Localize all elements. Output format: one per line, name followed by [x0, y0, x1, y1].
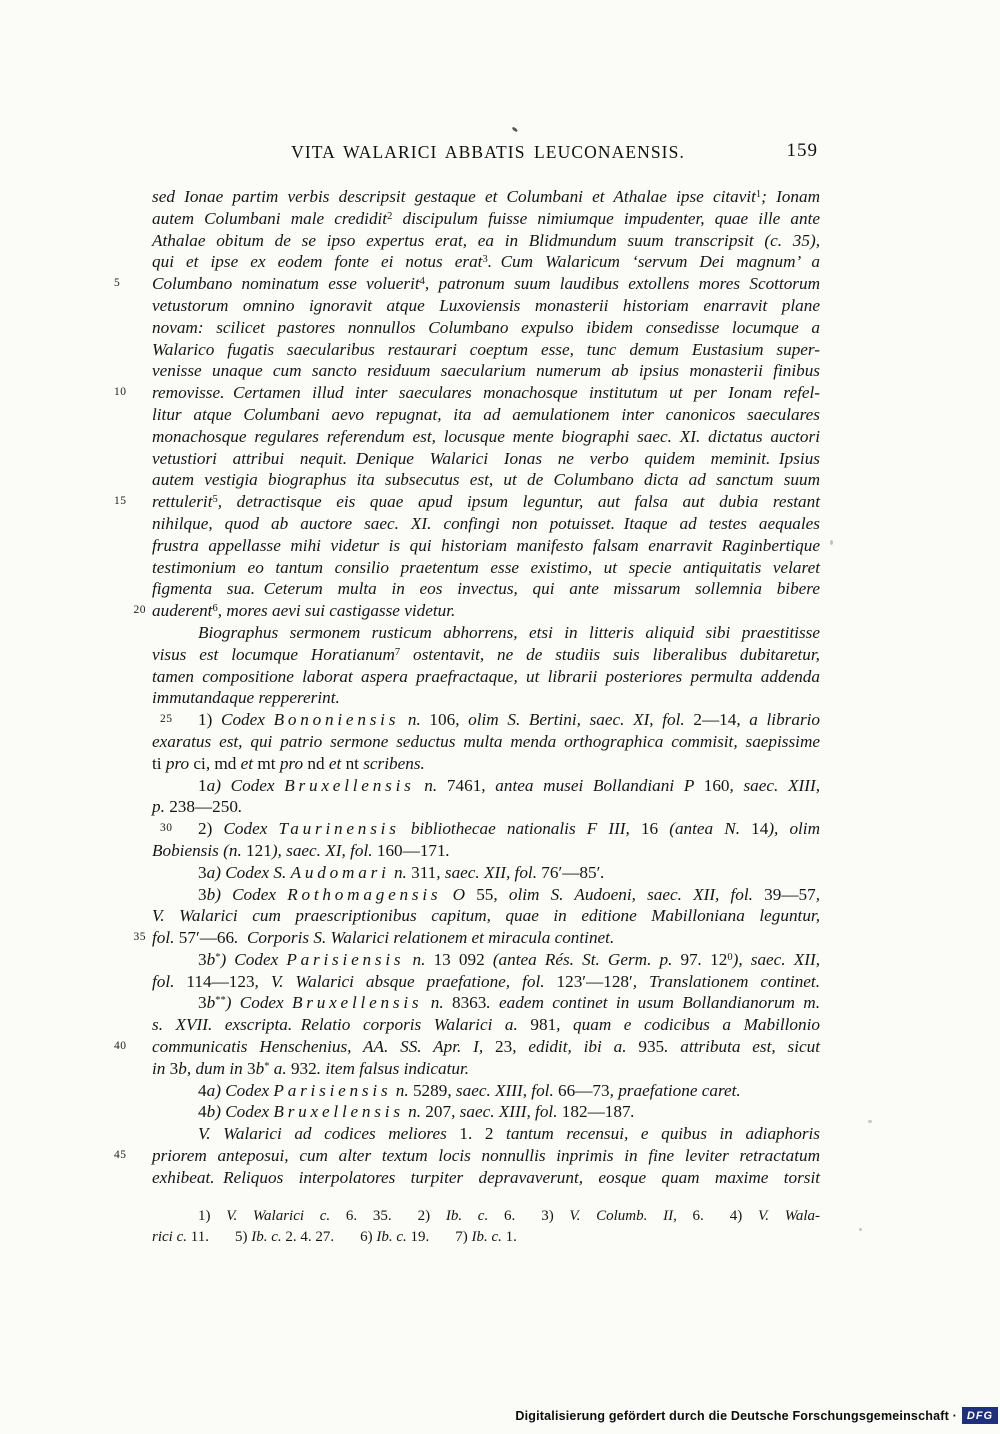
text-segment: vetustiori attribui nequit. Denique Wala… [152, 449, 820, 468]
text-line: ti pro ci, md et mt pro nd et nt scriben… [152, 753, 820, 775]
text-segment: 16 [641, 819, 658, 838]
text-segment: autem vestigia biographus ita subsecutus… [152, 470, 820, 489]
text-segment: 207 [425, 1102, 451, 1121]
text-line: 35fol. 57′—66. Corporis S. Walarici rela… [152, 927, 820, 949]
text-segment: removisse. Certamen illud inter saecular… [152, 383, 820, 402]
text-segment: litur atque Columbani aevo repugnat, ita… [152, 405, 820, 424]
text-line: Bobiensis (n. 121), saec. XI, fol. 160—1… [152, 840, 820, 862]
text-segment: . eadem continet in usum Bollandianorum … [486, 993, 820, 1012]
text-segment: b [207, 950, 216, 969]
text-segment: exhibeat. Reliquos interpolatores turpit… [152, 1168, 820, 1187]
text-segment: 23 [495, 1037, 512, 1056]
text-segment: Parisiensis [286, 950, 404, 969]
text-line: in 3b, dum in 3b* a. 932. item falsus in… [152, 1058, 820, 1080]
line-number: 30 [114, 818, 146, 840]
text-line: frustra appellasse mihi videtur is qui h… [152, 535, 820, 557]
text-line: 1) V. Walarici c. 6. 35.2) Ib. c. 6.3) V… [152, 1206, 820, 1227]
text-segment: 3) [541, 1208, 569, 1224]
text-line: 1a) Codex Bruxellensis n. 7461, antea mu… [152, 775, 820, 797]
text-segment: n. [422, 993, 452, 1012]
text-segment: 97 [681, 950, 698, 969]
text-line: novam: scilicet pastores nonnullos Colum… [152, 317, 820, 339]
text-segment: n. [404, 950, 433, 969]
text-segment: Columbano nominatum esse voluerit [152, 274, 420, 293]
text-segment: 57′—66 [179, 928, 234, 947]
text-segment: et [241, 754, 258, 773]
page-header-title: VITA WALARICI ABBATIS LEUCONAENSIS. [291, 142, 685, 163]
text-segment: tantum recensui, e quibus in adiaphoris [493, 1124, 820, 1143]
text-segment: . [446, 841, 450, 860]
text-segment: Ib. c. [251, 1229, 285, 1245]
text-segment: 5 [212, 494, 217, 505]
text-segment: 6) [360, 1229, 376, 1245]
text-segment: b) Codex [207, 885, 288, 904]
text-segment: autem Columbani male credidit [152, 209, 387, 228]
text-segment: 311 [411, 863, 436, 882]
text-segment: , mores aevi sui castigasse videtur. [218, 601, 456, 620]
text-line: vetustiori attribui nequit. Denique Wala… [152, 448, 820, 470]
text-segment: 4 [420, 276, 425, 287]
text-segment: , saec. XIII, fol. [451, 1102, 562, 1121]
text-segment: 11. [191, 1229, 209, 1245]
text-segment: 6. [693, 1208, 704, 1224]
text-segment: monachosque regulares referendum est, lo… [152, 427, 820, 446]
text-segment: , Translationem continet. [633, 972, 820, 991]
text-segment: fol. [152, 972, 186, 991]
text-segment: rettulerit [152, 492, 212, 511]
text-segment: a) Codex S. [207, 863, 291, 882]
digitization-footer: Digitalisierung gefördert durch die Deut… [515, 1407, 998, 1424]
text-segment: . attributa est, sicut [664, 1037, 820, 1056]
text-segment: 1 [198, 776, 207, 795]
text-line: rici c. 11.5) Ib. c. 2. 4. 27.6) Ib. c. … [152, 1227, 820, 1248]
text-segment: 238—250 [169, 797, 238, 816]
text-segment: Bruxellensis [292, 993, 422, 1012]
text-segment: 5) [235, 1229, 251, 1245]
text-segment: Bruxellensis [284, 776, 414, 795]
text-segment: fol. [152, 928, 179, 947]
text-segment: 66—73 [558, 1081, 610, 1100]
scan-artifact [859, 1228, 862, 1231]
text-segment: Walarico fugatis saecularibus restaurari… [152, 340, 820, 359]
text-segment: Athalae obitum de se ipso expertus erat,… [152, 231, 820, 250]
text-line: vetustorum omnino ignoravit atque Luxovi… [152, 295, 820, 317]
text-segment: 3 [198, 993, 207, 1012]
text-segment: V. Columb. II, [569, 1208, 692, 1224]
text-segment: ** [215, 995, 226, 1006]
text-segment: V. Walarici cum praescriptionibus capitu… [152, 906, 820, 925]
text-segment: n. [391, 1081, 412, 1100]
text-segment: , V. Walarici absque praefatione, fol. [255, 972, 557, 991]
text-segment: , quam e codicibus a Mabillonio [556, 1015, 820, 1034]
text-segment: Biographus sermonem rusticum abhorrens, … [198, 623, 820, 642]
text-segment: V. Walarici ad codices meliores [198, 1124, 459, 1143]
text-segment: 1) [198, 710, 221, 729]
line-number: 25 [114, 709, 146, 731]
text-segment: . [698, 950, 710, 969]
text-segment: 39—57 [764, 885, 816, 904]
text-line: 10removisse. Certamen illud inter saecul… [152, 382, 820, 404]
text-segment: md [214, 754, 240, 773]
text-segment: vetustorum omnino ignoravit atque Luxovi… [152, 296, 820, 315]
text-segment: b, dum in [178, 1059, 247, 1078]
text-segment: 182—187 [562, 1102, 631, 1121]
line-number: 40 [114, 1036, 146, 1058]
text-segment: 1) [198, 1208, 226, 1224]
text-segment: , praefatione caret. [610, 1081, 741, 1100]
text-line: autem vestigia biographus ita subsecutus… [152, 469, 820, 491]
text-segment: n. [415, 776, 447, 795]
text-segment: 935 [638, 1037, 664, 1056]
text-line: Walarico fugatis saecularibus restaurari… [152, 339, 820, 361]
text-line: figmenta sua. Ceterum multa in eos invec… [152, 578, 820, 600]
text-segment: V. Walarici c. [226, 1208, 346, 1224]
text-segment: figmenta sua. Ceterum multa in eos invec… [152, 579, 820, 598]
body-text-block: sed Ionae partim verbis descripsit gesta… [152, 186, 820, 1189]
text-segment: 2—14 [693, 710, 736, 729]
text-line: immutandaque reppererint. [152, 687, 820, 709]
text-segment: a) Codex [207, 776, 285, 795]
text-segment: * [215, 952, 220, 963]
text-segment: immutandaque reppererint. [152, 688, 340, 707]
line-number: 5 [114, 273, 146, 295]
text-segment: ostentavit, ne de studiis suis liberalib… [400, 645, 820, 664]
text-line: visus est locumque Horatianum7 ostentavi… [152, 644, 820, 666]
text-segment: rici c. [152, 1229, 191, 1245]
text-segment: pro [166, 754, 194, 773]
text-segment: 4 [198, 1081, 207, 1100]
text-segment: ), saec. XII, [733, 950, 820, 969]
text-segment: 12 [710, 950, 727, 969]
scan-artifact [868, 1120, 872, 1123]
text-segment: in [152, 1059, 170, 1078]
text-segment: 3 [198, 863, 207, 882]
text-segment: . [238, 797, 242, 816]
text-line: qui et ipse ex eodem fonte ei notus erat… [152, 251, 820, 273]
text-segment: , olim S. Bertini, saec. XI, fol. [455, 710, 693, 729]
text-segment: , saec. XII, fol. [436, 863, 541, 882]
text-line: 40communicatis Henschenius, AA. SS. Apr.… [152, 1036, 820, 1058]
text-segment: 2) [418, 1208, 446, 1224]
text-segment: , antea musei Bollandiani P [481, 776, 703, 795]
dfg-logo: DFG [962, 1407, 998, 1424]
text-line: venisse unaque cum sancto residuum saecu… [152, 360, 820, 382]
text-segment: a. [269, 1059, 290, 1078]
scan-artifact [830, 540, 833, 545]
text-segment: exaratus est, qui patrio sermone seductu… [152, 732, 820, 751]
text-segment: Parisiensis [273, 1081, 391, 1100]
text-segment: 2 [387, 211, 392, 222]
text-segment: 13 092 [434, 950, 485, 969]
text-line: 5Columbano nominatum esse voluerit4, pat… [152, 273, 820, 295]
text-segment: , saec. XIII, fol. [447, 1081, 558, 1100]
page-number: 159 [758, 140, 818, 162]
text-line: 4a) Codex Parisiensis n. 5289, saec. XII… [152, 1080, 820, 1102]
text-segment: s. XVII. exscripta. Relatio corporis Wal… [152, 1015, 530, 1034]
text-segment: 2) [198, 819, 223, 838]
text-segment: 160—171 [377, 841, 446, 860]
text-segment: qui et ipse ex eodem fonte ei notus erat [152, 252, 482, 271]
text-segment: nihilque, quod ab auctore saec. XI. conf… [152, 514, 820, 533]
line-number: 20 [114, 600, 146, 622]
text-line: exaratus est, qui patrio sermone seductu… [152, 731, 820, 753]
text-segment: 1. 2 [459, 1124, 493, 1143]
text-segment: frustra appellasse mihi videtur is qui h… [152, 536, 820, 555]
text-segment: et [329, 754, 346, 773]
line-number: 45 [114, 1145, 146, 1167]
text-segment: Ib. c. [472, 1229, 506, 1245]
text-segment: 0 [727, 952, 732, 963]
text-segment: 3 [198, 885, 207, 904]
text-segment: 14 [751, 819, 768, 838]
text-segment: b [207, 993, 216, 1012]
text-segment: , edidit, ibi a. [512, 1037, 638, 1056]
text-segment: Codex [221, 710, 274, 729]
text-segment: , olim S. Audoeni, saec. XII, fol. [493, 885, 764, 904]
text-segment: mt [257, 754, 279, 773]
text-segment: ; Ionam [761, 187, 820, 206]
text-line: 45priorem anteposui, cum alter textum lo… [152, 1145, 820, 1167]
text-line: sed Ionae partim verbis descripsit gesta… [152, 186, 820, 208]
text-segment: pro [280, 754, 308, 773]
text-segment: , [816, 885, 820, 904]
text-line: exhibeat. Reliquos interpolatores turpit… [152, 1167, 820, 1189]
digitization-credit: Digitalisierung gefördert durch die Deut… [515, 1409, 957, 1423]
text-segment: 160 [704, 776, 730, 795]
text-segment: tamen compositione laborat aspera praefr… [152, 667, 820, 686]
text-line: tamen compositione laborat aspera praefr… [152, 666, 820, 688]
text-segment: novam: scilicet pastores nonnullos Colum… [152, 318, 820, 337]
text-segment: . item falsus indicatur. [317, 1059, 469, 1078]
text-segment: 3 [198, 950, 207, 969]
text-segment: 3 [170, 1059, 179, 1078]
text-segment: 5289 [413, 1081, 447, 1100]
text-line: 3b*) Codex Parisiensis n. 13 092 (antea … [152, 949, 820, 971]
footnotes-block: 1) V. Walarici c. 6. 35.2) Ib. c. 6.3) V… [152, 1206, 820, 1249]
text-segment: O [441, 885, 476, 904]
text-segment: . Corporis S. Walarici relationem et mir… [234, 928, 614, 947]
text-line: monachosque regulares referendum est, lo… [152, 426, 820, 448]
text-segment: 7) [455, 1229, 471, 1245]
text-segment: 4) [730, 1208, 758, 1224]
text-line: Biographus sermonem rusticum abhorrens, … [152, 622, 820, 644]
text-segment: testimonium eo tantum consilio praetentu… [152, 558, 820, 577]
text-line: 3b) Codex Rothomagensis O 55, olim S. Au… [152, 884, 820, 906]
text-segment: n. [390, 863, 411, 882]
text-line: autem Columbani male credidit2 discipulu… [152, 208, 820, 230]
text-line: testimonium eo tantum consilio praetentu… [152, 557, 820, 579]
text-segment: 55 [476, 885, 493, 904]
text-segment: . [631, 1102, 635, 1121]
text-segment: , patronum suum laudibus extollens mores… [425, 274, 820, 293]
text-segment: venisse unaque cum sancto residuum saecu… [152, 361, 820, 380]
scan-artifact [512, 126, 518, 132]
text-line: 251) Codex Bononiensis n. 106, olim S. B… [152, 709, 820, 731]
text-line: 20auderent6, mores aevi sui castigasse v… [152, 600, 820, 622]
text-segment: 1 [756, 189, 761, 200]
text-segment: 6 [212, 603, 217, 614]
text-segment: priorem anteposui, cum alter textum loci… [152, 1146, 820, 1165]
text-segment: p. [152, 797, 169, 816]
text-line: Athalae obitum de se ipso expertus erat,… [152, 230, 820, 252]
text-segment: Bononiensis [274, 710, 400, 729]
text-segment: sed Ionae partim verbis descripsit gesta… [152, 187, 756, 206]
line-number: 15 [114, 491, 146, 513]
text-segment: Audomari [291, 863, 390, 882]
text-segment: (antea N. [658, 819, 751, 838]
text-segment: Codex [223, 819, 278, 838]
text-segment: 981 [530, 1015, 556, 1034]
text-segment: . Cum Walaricum ‘servum Dei magnum’ a [488, 252, 820, 271]
text-segment: , a librario [736, 710, 820, 729]
text-segment: , detractisque eis quae apud ipsum legun… [218, 492, 820, 511]
text-segment: 121 [246, 841, 272, 860]
text-segment: Bruxellensis [273, 1102, 403, 1121]
text-segment: ) Codex [220, 950, 286, 969]
text-segment: 123′—128′ [557, 972, 633, 991]
text-segment: ti [152, 754, 166, 773]
text-segment: ), olim [768, 819, 820, 838]
text-line: 3b**) Codex Bruxellensis n. 8363. eadem … [152, 992, 820, 1014]
text-segment: ci [193, 754, 205, 773]
text-line: 3a) Codex S. Audomari n. 311, saec. XII,… [152, 862, 820, 884]
text-segment: scribens. [363, 754, 425, 773]
text-segment: ) Codex [226, 993, 292, 1012]
text-segment: 8363 [452, 993, 486, 1012]
text-segment: 114—123 [186, 972, 254, 991]
text-line: s. XVII. exscripta. Relatio corporis Wal… [152, 1014, 820, 1036]
text-segment: n. [404, 1102, 425, 1121]
text-line: 302) Codex Taurinensis bibliothecae nati… [152, 818, 820, 840]
text-segment: , saec. XIII, [730, 776, 821, 795]
text-segment: discipulum fuisse nimiumque impudenter, … [392, 209, 820, 228]
text-segment: n. [399, 710, 429, 729]
text-segment: Ib. c. [376, 1229, 410, 1245]
text-line: 4b) Codex Bruxellensis n. 207, saec. XII… [152, 1101, 820, 1123]
text-line: p. 238—250. [152, 796, 820, 818]
text-segment: 7461 [447, 776, 481, 795]
line-number: 10 [114, 382, 146, 404]
text-segment: ), saec. XI, fol. [272, 841, 377, 860]
line-number: 35 [114, 927, 146, 949]
text-segment: 3 [482, 254, 487, 265]
text-segment: nt [346, 754, 364, 773]
text-segment: . [600, 863, 604, 882]
text-segment: 106 [429, 710, 455, 729]
text-line: litur atque Columbani aevo repugnat, ita… [152, 404, 820, 426]
text-segment: Taurinensis [278, 819, 399, 838]
text-segment: V. Wala- [758, 1208, 820, 1224]
text-segment: b [256, 1059, 265, 1078]
text-line: 15rettulerit5, detractisque eis quae apu… [152, 491, 820, 513]
text-segment: 76′—85′ [541, 863, 600, 882]
text-segment: communicatis Henschenius, AA. SS. Apr. I… [152, 1037, 495, 1056]
text-segment: auderent [152, 601, 212, 620]
text-segment: (antea Rés. St. Germ. p. [485, 950, 681, 969]
text-line: nihilque, quod ab auctore saec. XI. conf… [152, 513, 820, 535]
text-segment: Bobiensis (n. [152, 841, 246, 860]
text-segment: 932 [291, 1059, 317, 1078]
text-segment: nd [307, 754, 328, 773]
text-line: fol. 114—123, V. Walarici absque praefat… [152, 971, 820, 993]
text-segment: Rothomagensis [287, 885, 441, 904]
text-segment: visus est locumque Horatianum [152, 645, 395, 664]
text-segment: bibliothecae nationalis F III, [400, 819, 641, 838]
text-segment: b) Codex [207, 1102, 274, 1121]
text-segment: a) Codex [207, 1081, 274, 1100]
text-segment: 19. [411, 1229, 430, 1245]
text-segment: 1. [506, 1229, 517, 1245]
text-line: V. Walarici ad codices meliores 1. 2 tan… [152, 1123, 820, 1145]
text-segment: * [264, 1061, 269, 1072]
text-segment: 4 [198, 1102, 207, 1121]
text-segment: Ib. c. [446, 1208, 504, 1224]
text-segment: 6. [504, 1208, 515, 1224]
text-segment: 2. 4. 27. [285, 1229, 334, 1245]
text-segment: 7 [395, 647, 400, 658]
text-segment: 6. 35. [346, 1208, 392, 1224]
text-line: V. Walarici cum praescriptionibus capitu… [152, 905, 820, 927]
text-segment: 3 [247, 1059, 256, 1078]
